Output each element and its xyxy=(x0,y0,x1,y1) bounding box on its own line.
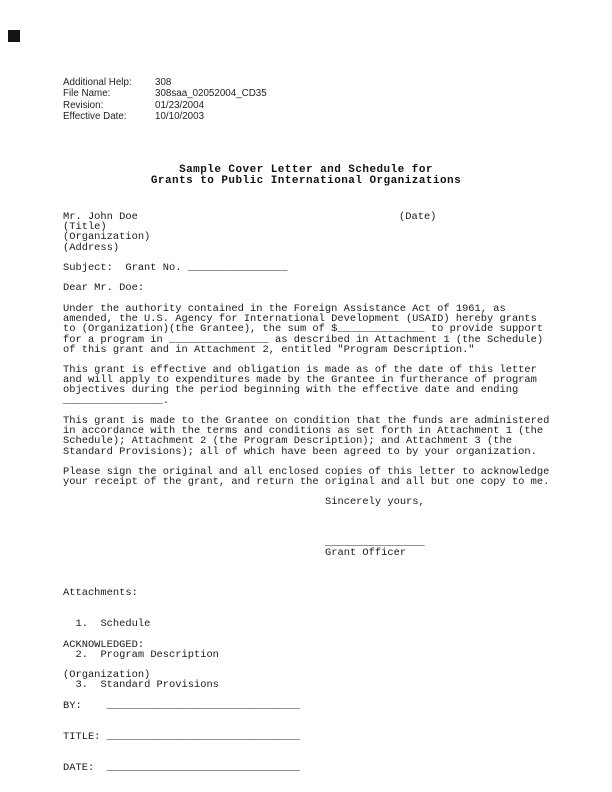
acknowledgment-by-line: BY: _______________________________ xyxy=(63,701,300,711)
header-row: Effective Date: 10/10/2003 xyxy=(63,111,267,122)
subject-line: Subject: Grant No. ________________ xyxy=(63,263,287,273)
closing-line: Sincerely yours, xyxy=(325,497,425,507)
header-label: Effective Date: xyxy=(63,111,155,122)
header-row: File Name: 308saa_02052004_CD35 xyxy=(63,88,267,99)
acknowledgment-block: ACKNOWLEDGED: (Organization) BY: _______… xyxy=(63,619,300,792)
header-label: File Name: xyxy=(63,88,155,99)
header-row: Additional Help: 308 xyxy=(63,77,267,88)
recipient-block: Mr. John Doe (Title) (Organization) (Add… xyxy=(63,212,150,253)
date-placeholder-label: (Date) xyxy=(399,212,436,222)
salutation: Dear Mr. Doe: xyxy=(63,283,144,293)
document-title: Sample Cover Letter and Schedule for Gra… xyxy=(0,165,612,188)
document-title-line-2: Grants to Public International Organizat… xyxy=(0,176,612,187)
header-value: 308 xyxy=(155,77,171,88)
acknowledgment-org-label: (Organization) xyxy=(63,670,300,680)
document-page: Additional Help: 308 File Name: 308saa_0… xyxy=(0,0,612,792)
attachments-heading: Attachments: xyxy=(63,588,219,598)
header-value: 10/10/2003 xyxy=(155,111,204,122)
letter-paragraph-4: Please sign the original and all enclose… xyxy=(63,467,549,487)
acknowledgment-date-line: DATE: _______________________________ xyxy=(63,763,300,773)
scan-artifact-mark xyxy=(8,30,20,42)
letter-paragraph-3: This grant is made to the Grantee on con… xyxy=(63,416,549,457)
header-label: Additional Help: xyxy=(63,77,155,88)
letter-paragraph-2: This grant is effective and obligation i… xyxy=(63,365,537,406)
header-label: Revision: xyxy=(63,100,155,111)
document-header-block: Additional Help: 308 File Name: 308saa_0… xyxy=(63,77,267,123)
acknowledgment-title-line: TITLE: _______________________________ xyxy=(63,732,300,742)
header-row: Revision: 01/23/2004 xyxy=(63,100,267,111)
header-value: 01/23/2004 xyxy=(155,100,204,111)
acknowledgment-heading: ACKNOWLEDGED: xyxy=(63,640,300,650)
letter-paragraph-1: Under the authority contained in the For… xyxy=(63,304,543,355)
header-value: 308saa_02052004_CD35 xyxy=(155,88,267,99)
signature-title: Grant Officer xyxy=(325,548,406,558)
